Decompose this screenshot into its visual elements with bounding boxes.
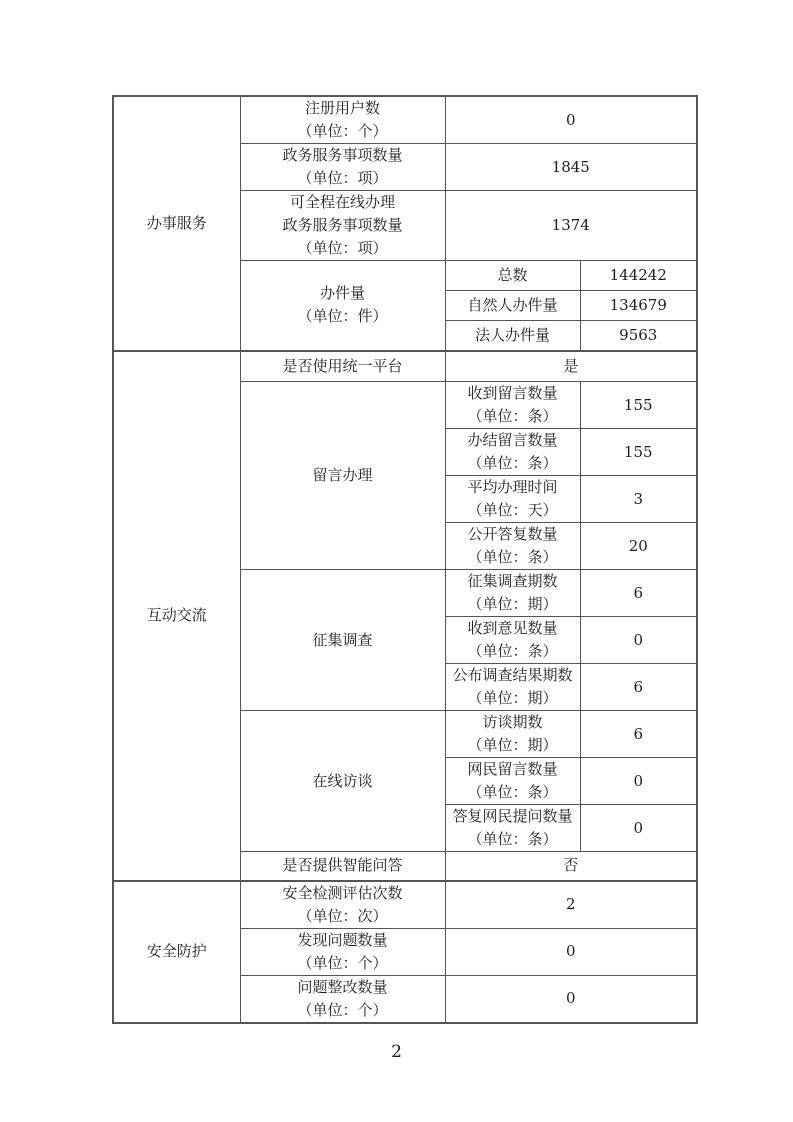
subitem-label: 公开答复数量 xyxy=(448,523,578,546)
item-unit: （单位：项） xyxy=(243,237,443,260)
item-label: 是否使用统一平台 xyxy=(243,355,443,378)
subitem-label: 收到留言数量 xyxy=(448,382,578,405)
item-label-cell: 问题整改数量 （单位：个） xyxy=(240,975,445,1023)
subitem-label-cell: 答复网民提问数量 （单位：条） xyxy=(445,805,580,852)
item-label-cell: 是否提供智能问答 xyxy=(240,852,445,881)
report-table: 办事服务 注册用户数 （单位：个） 0 政务服务事项数量 （单位：项） 1845… xyxy=(112,95,698,1024)
subitem-unit: （单位：条） xyxy=(448,640,578,663)
subitem-label: 答复网民提问数量 xyxy=(448,805,578,828)
subitem-unit: （单位：条） xyxy=(448,546,578,569)
subitem-label: 网民留言数量 xyxy=(448,758,578,781)
item-label-cell: 在线访谈 xyxy=(240,711,445,852)
item-label-cell: 可全程在线办理 政务服务事项数量 （单位：项） xyxy=(240,191,445,261)
subitem-label-cell: 网民留言数量 （单位：条） xyxy=(445,758,580,805)
item-label: 留言办理 xyxy=(243,464,443,487)
subitem-label: 征集调查期数 xyxy=(448,570,578,593)
item-label-line2: 政务服务事项数量 xyxy=(243,214,443,237)
item-label-cell: 发现问题数量 （单位：个） xyxy=(240,928,445,975)
subitem-unit: （单位：条） xyxy=(448,452,578,475)
item-label-cell: 注册用户数 （单位：个） xyxy=(240,96,445,144)
item-label-cell: 是否使用统一平台 xyxy=(240,351,445,382)
item-unit: （单位：个） xyxy=(243,952,443,975)
category-cell: 互动交流 xyxy=(113,351,240,881)
subitem-value: 6 xyxy=(580,570,697,617)
subitem-value: 6 xyxy=(580,711,697,758)
subitem-value: 0 xyxy=(580,758,697,805)
subitem-label: 总数 xyxy=(445,261,580,291)
subitem-value: 155 xyxy=(580,429,697,476)
subitem-label-cell: 平均办理时间 （单位：天） xyxy=(445,476,580,523)
item-label: 发现问题数量 xyxy=(243,929,443,952)
subitem-unit: （单位：期） xyxy=(448,593,578,616)
category-cell: 办事服务 xyxy=(113,96,240,351)
item-unit: （单位：个） xyxy=(243,120,443,143)
subitem-value: 0 xyxy=(580,805,697,852)
subitem-label-cell: 访谈期数 （单位：期） xyxy=(445,711,580,758)
item-label: 是否提供智能问答 xyxy=(243,854,443,877)
item-label: 安全检测评估次数 xyxy=(243,882,443,905)
subitem-unit: （单位：条） xyxy=(448,405,578,428)
subitem-unit: （单位：期） xyxy=(448,687,578,710)
item-label: 政务服务事项数量 xyxy=(243,144,443,167)
item-value: 0 xyxy=(445,975,697,1023)
subitem-unit: （单位：条） xyxy=(448,781,578,804)
subitem-label-cell: 公开答复数量 （单位：条） xyxy=(445,523,580,570)
page-number: 2 xyxy=(0,1042,793,1062)
subitem-label: 收到意见数量 xyxy=(448,617,578,640)
item-unit: （单位：次） xyxy=(243,905,443,928)
item-unit: （单位：个） xyxy=(243,999,443,1022)
document-page: 办事服务 注册用户数 （单位：个） 0 政务服务事项数量 （单位：项） 1845… xyxy=(0,0,793,1122)
item-value: 0 xyxy=(445,96,697,144)
item-value: 1374 xyxy=(445,191,697,261)
subitem-value: 0 xyxy=(580,617,697,664)
subitem-label: 自然人办件量 xyxy=(445,291,580,321)
item-unit: （单位：项） xyxy=(243,167,443,190)
item-label: 办件量 xyxy=(243,282,443,305)
subitem-unit: （单位：天） xyxy=(448,499,578,522)
item-label: 问题整改数量 xyxy=(243,976,443,999)
item-label: 注册用户数 xyxy=(243,97,443,120)
subitem-label: 办结留言数量 xyxy=(448,429,578,452)
subitem-unit: （单位：条） xyxy=(448,828,578,851)
subitem-label-cell: 征集调查期数 （单位：期） xyxy=(445,570,580,617)
item-value: 0 xyxy=(445,928,697,975)
subitem-value: 20 xyxy=(580,523,697,570)
item-value: 是 xyxy=(445,351,697,382)
item-label: 可全程在线办理 xyxy=(243,191,443,214)
item-label: 在线访谈 xyxy=(243,770,443,793)
subitem-label: 访谈期数 xyxy=(448,711,578,734)
subitem-label-cell: 收到意见数量 （单位：条） xyxy=(445,617,580,664)
subitem-label-cell: 收到留言数量 （单位：条） xyxy=(445,382,580,429)
subitem-value: 9563 xyxy=(580,321,697,351)
category-cell: 安全防护 xyxy=(113,881,240,1023)
subitem-label: 法人办件量 xyxy=(445,321,580,351)
item-label-cell: 安全检测评估次数 （单位：次） xyxy=(240,881,445,929)
item-label-cell: 留言办理 xyxy=(240,382,445,570)
item-label: 征集调查 xyxy=(243,629,443,652)
subitem-label-cell: 办结留言数量 （单位：条） xyxy=(445,429,580,476)
subitem-label: 公布调查结果期数 xyxy=(448,664,578,687)
subitem-unit: （单位：期） xyxy=(448,734,578,757)
item-label-cell: 征集调查 xyxy=(240,570,445,711)
item-value: 否 xyxy=(445,852,697,881)
subitem-value: 144242 xyxy=(580,261,697,291)
item-value: 2 xyxy=(445,881,697,929)
item-label-cell: 政务服务事项数量 （单位：项） xyxy=(240,144,445,191)
subitem-value: 155 xyxy=(580,382,697,429)
item-value: 1845 xyxy=(445,144,697,191)
subitem-value: 134679 xyxy=(580,291,697,321)
subitem-label: 平均办理时间 xyxy=(448,476,578,499)
item-unit: （单位：件） xyxy=(243,305,443,328)
subitem-label-cell: 公布调查结果期数 （单位：期） xyxy=(445,664,580,711)
item-label-cell: 办件量 （单位：件） xyxy=(240,261,445,351)
subitem-value: 6 xyxy=(580,664,697,711)
subitem-value: 3 xyxy=(580,476,697,523)
